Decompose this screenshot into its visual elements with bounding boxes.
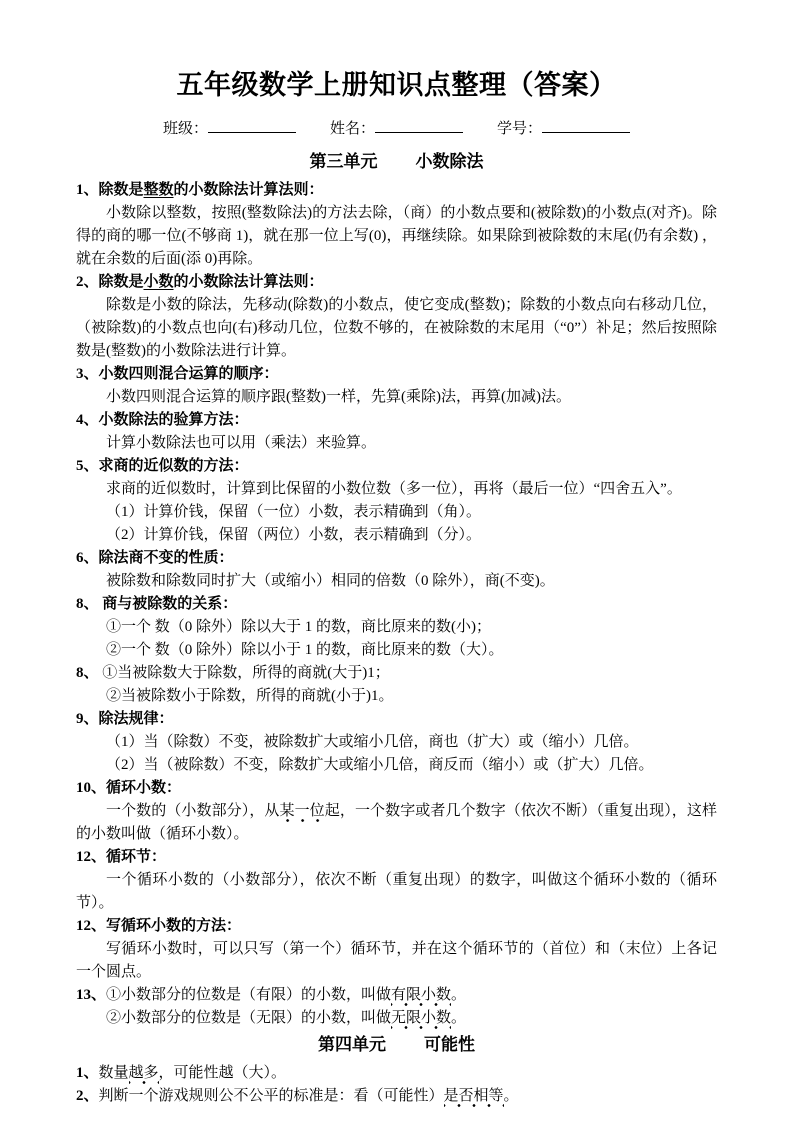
item-text: （1）计算价钱，保留（一位）小数，表示精确到（角）。: [76, 501, 717, 524]
text-segment: 2、: [76, 1088, 99, 1104]
text-segment: 。: [504, 1088, 519, 1104]
student-field: 班级：: [163, 118, 296, 139]
unit-number: 第三单元: [310, 152, 378, 171]
item-text: （2）当（被除数）不变，除数扩大或缩小几倍，商反而（缩小）或（扩大）几倍。: [76, 754, 717, 777]
item-text: 小数除以整数，按照(整数除法)的方法去除，（商）的小数点要和(被除数)的小数点(…: [76, 202, 717, 271]
text-segment: ②小数部分的位数是（无限）的小数，叫做: [106, 1010, 391, 1026]
text-segment: 。: [451, 987, 466, 1003]
student-info-row: 班级：姓名：学号：: [76, 118, 717, 139]
text-segment: 4、小数除法的验算方法：: [76, 412, 249, 428]
text-segment: （2）当（被除数）不变，除数扩大或缩小几倍，商反而（缩小）或（扩大）几倍。: [106, 757, 654, 773]
item-heading: 12、写循环小数的方法：: [76, 915, 717, 938]
text-segment: 的小数除法计算法则：: [174, 182, 324, 198]
text-segment: （1）计算价钱，保留（一位）小数，表示精确到（角）。: [106, 504, 481, 520]
text-segment: 12、写循环小数的方法：: [76, 918, 241, 934]
student-field: 学号：: [497, 118, 630, 139]
text-segment: 13、: [76, 987, 106, 1003]
item-heading: 12、循环节：: [76, 846, 717, 869]
item-text: 8、 ①当被除数大于除数，所得的商就(大于)1；: [76, 662, 717, 685]
text-segment: 的小数除法计算法则：: [174, 274, 324, 290]
unit-heading: 第四单元可能性: [76, 1031, 717, 1058]
text-segment: 计算小数除法也可以用（乘法）来验算。: [106, 435, 376, 451]
text-segment: ①当被除数大于除数，所得的商就(大于)1；: [102, 665, 390, 681]
text-segment: ②当被除数小于除数，所得的商就(小于)1。: [106, 688, 394, 704]
field-label: 姓名：: [330, 121, 375, 137]
item-heading: 6、除法商不变的性质：: [76, 547, 717, 570]
item-heading: 10、循环小数：: [76, 777, 717, 800]
text-segment: 一个数的（小数部分），从: [106, 803, 280, 819]
text-segment: 被除数和除数同时扩大（或缩小）相同的倍数（0 除外），商(不变)。: [106, 573, 555, 589]
item-heading: 9、除法规律：: [76, 708, 717, 731]
text-segment: 数量: [99, 1065, 129, 1081]
item-text: ②一个 数（0 除外）除以小于 1 的数，商比原来的数（大）。: [76, 639, 717, 662]
text-segment: 5、求商的近似数的方法：: [76, 458, 249, 474]
text-segment: 12、循环节：: [76, 849, 166, 865]
text-segment: 小数除以整数，按照(整数除法)的方法去除，（商）的小数点要和(被除数)的小数点(…: [76, 205, 717, 267]
text-segment: （2）计算价钱，保留（两位）小数，表示精确到（分）。: [106, 527, 481, 543]
text-segment: ②一个 数（0 除外）除以小于 1 的数，商比原来的数（大）。: [106, 642, 504, 658]
item-heading: 2、除数是小数的小数除法计算法则：: [76, 271, 717, 294]
text-segment: 求商的近似数时，计算到比保留的小数位数（多一位），再将（最后一位）“四舍五入”。: [106, 481, 682, 497]
fill-in-blank: [542, 118, 630, 133]
text-segment: 1、除数是: [76, 182, 144, 198]
text-segment: 2、除数是: [76, 274, 144, 290]
emphasized-term: 某一位: [280, 803, 325, 823]
item-text: ②小数部分的位数是（无限）的小数，叫做无限小数。: [76, 1007, 717, 1030]
text-segment: ，可能性越（大）。: [159, 1065, 287, 1081]
unit-title: 可能性: [424, 1035, 475, 1054]
item-text: 写循环小数时，可以只写（第一个）循环节，并在这个循环节的（首位）和（末位）上各记…: [76, 938, 717, 984]
text-segment: 写循环小数时，可以只写（第一个）循环节，并在这个循环节的（首位）和（末位）上各记…: [76, 941, 717, 980]
item-text: 小数四则混合运算的顺序跟(整数)一样，先算(乘除)法，再算(加减)法。: [76, 386, 717, 409]
item-text: （2）计算价钱，保留（两位）小数，表示精确到（分）。: [76, 524, 717, 547]
text-segment: （1）当（除数）不变，被除数扩大或缩小几倍，商也（扩大）或（缩小）几倍。: [106, 734, 639, 750]
item-text: 一个数的（小数部分），从某一位起，一个数字或者几个数字（依次不断）（重复出现），…: [76, 800, 717, 846]
item-text: （1）当（除数）不变，被除数扩大或缩小几倍，商也（扩大）或（缩小）几倍。: [76, 731, 717, 754]
fill-in-blank: [375, 118, 463, 133]
text-segment: 10、循环小数：: [76, 780, 181, 796]
emphasized-term: 是否相等: [444, 1088, 504, 1108]
item-text: 一个循环小数的（小数部分），依次不断（重复出现）的数字，叫做这个循环小数的（循环…: [76, 869, 717, 915]
item-heading: 5、求商的近似数的方法：: [76, 455, 717, 478]
fill-in-blank: [208, 118, 296, 133]
underlined-term: 整数: [144, 182, 174, 198]
document-body: 第三单元小数除法1、除数是整数的小数除法计算法则：小数除以整数，按照(整数除法)…: [76, 148, 717, 1108]
item-heading: 3、小数四则混合运算的顺序：: [76, 363, 717, 386]
item-heading: 1、除数是整数的小数除法计算法则：: [76, 179, 717, 202]
field-label: 班级：: [163, 121, 208, 137]
unit-heading: 第三单元小数除法: [76, 148, 717, 175]
text-segment: 除数是小数的除法，先移动(除数)的小数点，使它变成(整数)；除数的小数点向右移动…: [76, 297, 717, 359]
item-text: 求商的近似数时，计算到比保留的小数位数（多一位），再将（最后一位）“四舍五入”。: [76, 478, 717, 501]
item-text: 13、①小数部分的位数是（有限）的小数，叫做有限小数。: [76, 984, 717, 1007]
document-page: 五年级数学上册知识点整理（答案） 班级：姓名：学号： 第三单元小数除法1、除数是…: [0, 0, 793, 1122]
item-text: ①一个 数（0 除外）除以大于 1 的数，商比原来的数(小)；: [76, 616, 717, 639]
page-title: 五年级数学上册知识点整理（答案）: [76, 68, 717, 102]
text-segment: 一个循环小数的（小数部分），依次不断（重复出现）的数字，叫做这个循环小数的（循环…: [76, 872, 717, 911]
item-text: ②当被除数小于除数，所得的商就(小于)1。: [76, 685, 717, 708]
text-segment: 8、 商与被除数的关系：: [76, 596, 237, 612]
emphasized-term: 有限小数: [391, 987, 451, 1007]
text-segment: ①一个 数（0 除外）除以大于 1 的数，商比原来的数(小)；: [106, 619, 491, 635]
unit-number: 第四单元: [318, 1035, 386, 1054]
field-label: 学号：: [497, 121, 542, 137]
student-field: 姓名：: [330, 118, 463, 139]
text-segment: ①小数部分的位数是（有限）的小数，叫做: [106, 987, 391, 1003]
item-text: 2、判断一个游戏规则公不公平的标准是：看（可能性）是否相等。: [76, 1085, 717, 1108]
item-heading: 8、 商与被除数的关系：: [76, 593, 717, 616]
text-segment: 6、除法商不变的性质：: [76, 550, 234, 566]
underlined-term: 小数: [144, 274, 174, 290]
emphasized-term: 无限小数: [391, 1010, 451, 1030]
item-heading: 4、小数除法的验算方法：: [76, 409, 717, 432]
item-text: 1、数量越多，可能性越（大）。: [76, 1062, 717, 1085]
item-text: 计算小数除法也可以用（乘法）来验算。: [76, 432, 717, 455]
text-segment: 判断一个游戏规则公不公平的标准是：看（可能性）: [99, 1088, 444, 1104]
unit-title: 小数除法: [416, 152, 484, 171]
text-segment: 1、: [76, 1065, 99, 1081]
item-text: 除数是小数的除法，先移动(除数)的小数点，使它变成(整数)；除数的小数点向右移动…: [76, 294, 717, 363]
text-segment: 9、除法规律：: [76, 711, 174, 727]
text-segment: 8、: [76, 665, 102, 681]
text-segment: 3、小数四则混合运算的顺序：: [76, 366, 279, 382]
emphasized-term: 越多: [129, 1065, 159, 1085]
item-text: 被除数和除数同时扩大（或缩小）相同的倍数（0 除外），商(不变)。: [76, 570, 717, 593]
text-segment: 小数四则混合运算的顺序跟(整数)一样，先算(乘除)法，再算(加减)法。: [106, 389, 571, 405]
text-segment: 。: [451, 1010, 466, 1026]
